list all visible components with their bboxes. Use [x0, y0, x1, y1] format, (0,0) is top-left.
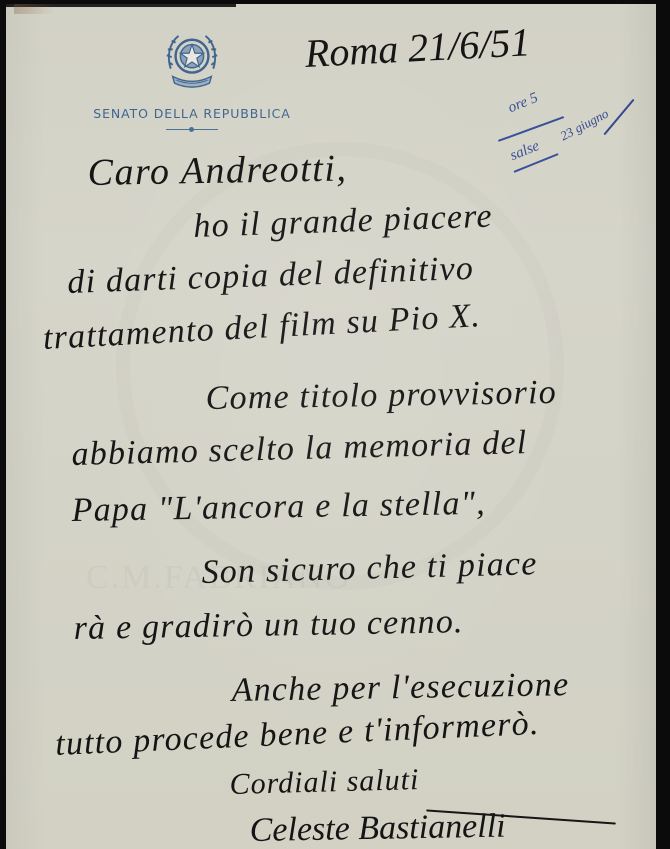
letterhead: SENATO DELLA REPUBBLICA [62, 30, 322, 130]
italian-republic-emblem-icon [163, 30, 221, 92]
letterhead-title: SENATO DELLA REPUBBLICA [62, 106, 322, 121]
body-line-10: tutto procede bene e t'informerò. [55, 707, 541, 762]
body-line-8: rà e gradirò un tuo cenno. [73, 605, 464, 646]
body-line-3: trattamento del film su Pio X. [42, 299, 481, 356]
body-line-1: ho il grande piacere [193, 200, 493, 244]
body-line-5: abbiamo scelto la memoria del [71, 426, 528, 472]
annotation-underline-1 [498, 116, 564, 141]
place-date: Roma 21/6/51 [304, 22, 531, 74]
letterhead-divider [166, 129, 218, 130]
closing: Cordiali saluti [229, 765, 419, 800]
salutation: Caro Andreotti, [87, 149, 347, 192]
body-line-7: Son sicuro che ti piace [201, 547, 538, 590]
body-line-9: Anche per l'esecuzione [231, 668, 569, 708]
annotation-note-1: ore 5 [506, 91, 540, 116]
body-line-2: di darti copia del definitivo [67, 252, 475, 300]
scanned-document: C.M.FABRIANO SENATO DELLA REPUBBLICA Rom… [0, 0, 670, 849]
annotation-note-3: 23 giugno [558, 106, 610, 142]
body-line-6: Papa "L'ancora e la stella", [71, 487, 486, 528]
paper-stain [14, 4, 54, 14]
body-line-4: Come titolo provvisorio [205, 376, 557, 416]
signature: Celeste Bastianelli [249, 810, 505, 848]
letter-paper: C.M.FABRIANO SENATO DELLA REPUBBLICA Rom… [6, 4, 656, 849]
